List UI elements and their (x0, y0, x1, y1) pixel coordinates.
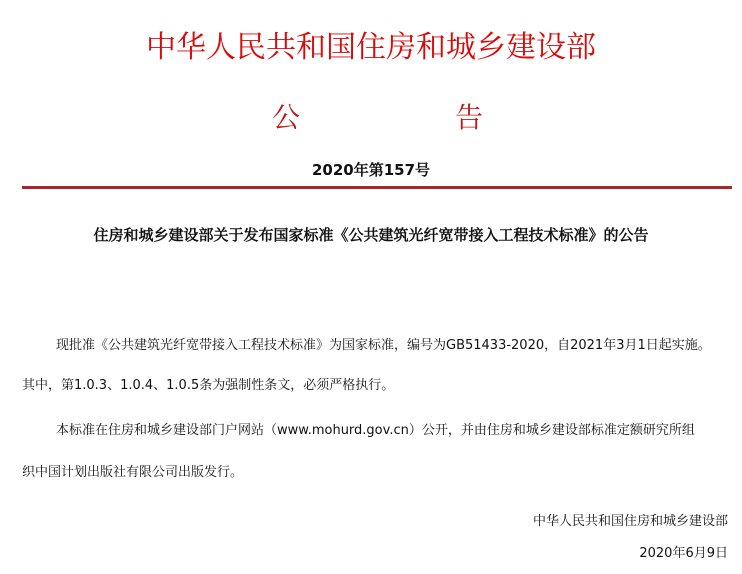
body-paragraph-publication-cont: 织中国计划出版社有限公司出版发行。 (22, 463, 243, 483)
notice-word-left: 公 (272, 100, 300, 136)
issuer-signature: 中华人民共和国住房和城乡建设部 (533, 512, 728, 532)
notice-headline: 住房和城乡建设部关于发布国家标准《公共建筑光纤宽带接入工程技术标准》的公告 (0, 224, 742, 246)
document-number: 2020年第157号 (0, 160, 742, 180)
red-divider-rule (22, 186, 732, 189)
issue-date: 2020年6月9日 (639, 544, 728, 564)
body-paragraph-approval: 现批准《公共建筑光纤宽带接入工程技术标准》为国家标准，编号为GB51433-20… (56, 336, 711, 356)
body-paragraph-publication: 本标准在住房和城乡建设部门户网站（www.mohurd.gov.cn）公开，并由… (56, 421, 695, 441)
notice-word-right: 告 (455, 100, 483, 136)
issuer-masthead: 中华人民共和国住房和城乡建设部 (0, 28, 742, 68)
body-paragraph-mandatory-clauses: 其中，第1.0.3、1.0.4、1.0.5条为强制性条文，必须严格执行。 (22, 376, 394, 396)
